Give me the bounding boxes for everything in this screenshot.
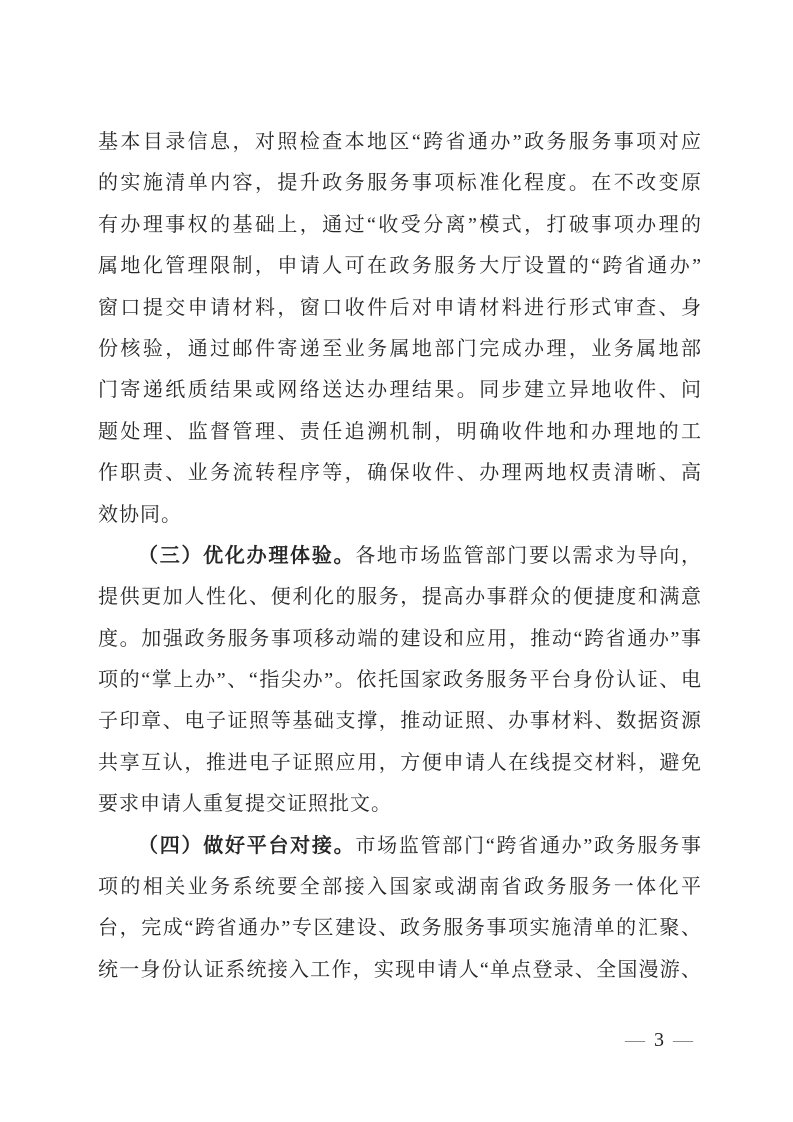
- section-heading: （四）做好平台对接。: [138, 835, 355, 857]
- text-line: 台，完成“跨省通办”专区建设、政务服务事项实施清单的汇聚、: [98, 908, 702, 949]
- line-text: 份核验，通过邮件寄递至业务属地部门完成办理，业务属地部: [98, 338, 702, 360]
- line-text: 的实施清单内容，提升政务服务事项标准化程度。在不改变原: [98, 172, 702, 194]
- document-body: 基本目录信息，对照检查本地区“跨省通办”政务服务事项对应 的实施清单内容，提升政…: [98, 122, 702, 991]
- text-line: 项的“掌上办”、“指尖办”。依托国家政务服务平台身份认证、电: [98, 660, 702, 701]
- section-heading: （三）优化办理体验。: [138, 545, 355, 567]
- line-text: 门寄递纸质结果或网络送达办理结果。同步建立异地收件、问: [98, 379, 702, 401]
- text-line: 基本目录信息，对照检查本地区“跨省通办”政务服务事项对应: [98, 122, 702, 163]
- line-text: 要求申请人重复提交证照批文。: [98, 793, 392, 815]
- text-line: （四）做好平台对接。市场监管部门“跨省通办”政务服务事: [98, 826, 702, 867]
- text-line: 门寄递纸质结果或网络送达办理结果。同步建立异地收件、问: [98, 370, 702, 411]
- text-line: 统一身份认证系统接入工作，实现申请人“单点登录、全国漫游、: [98, 950, 702, 991]
- line-text: 统一身份认证系统接入工作，实现申请人“单点登录、全国漫游、: [98, 959, 702, 981]
- footer-dash: —: [616, 1029, 654, 1051]
- line-text: 基本目录信息，对照检查本地区“跨省通办”政务服务事项对应: [98, 131, 702, 153]
- text-line: 有办理事权的基础上，通过“收受分离”模式，打破事项办理的: [98, 205, 702, 246]
- text-line: 子印章、电子证照等基础支撑，推动证照、办事材料、数据资源: [98, 701, 702, 742]
- document-page: 基本目录信息，对照检查本地区“跨省通办”政务服务事项对应 的实施清单内容，提升政…: [0, 0, 793, 1122]
- text-line: 提供更加人性化、便利化的服务，提高办事群众的便捷度和满意: [98, 577, 702, 618]
- page-number: 3: [654, 1029, 664, 1051]
- text-line: 度。加强政务服务事项移动端的建设和应用，推动“跨省通办”事: [98, 619, 702, 660]
- line-text: 效协同。: [98, 504, 182, 526]
- line-text: 度。加强政务服务事项移动端的建设和应用，推动“跨省通办”事: [98, 628, 702, 650]
- text-line: 要求申请人重复提交证照批文。: [98, 784, 702, 825]
- line-text: 市场监管部门“跨省通办”政务服务事: [355, 835, 702, 857]
- line-text: 窗口提交申请材料，窗口收件后对申请材料进行形式审查、身: [98, 297, 702, 319]
- line-text: 属地化管理限制，申请人可在政务服务大厅设置的“跨省通办”: [98, 255, 702, 277]
- line-text: 项的“掌上办”、“指尖办”。依托国家政务服务平台身份认证、电: [98, 669, 702, 691]
- line-text: 子印章、电子证照等基础支撑，推动证照、办事材料、数据资源: [98, 710, 702, 732]
- line-text: 提供更加人性化、便利化的服务，提高办事群众的便捷度和满意: [98, 586, 702, 608]
- line-text: 共享互认，推进电子证照应用，方便申请人在线提交材料，避免: [98, 752, 702, 774]
- footer-dash: —: [664, 1029, 702, 1051]
- line-text: 题处理、监督管理、责任追溯机制，明确收件地和办理地的工: [98, 421, 702, 443]
- line-text: 台，完成“跨省通办”专区建设、政务服务事项实施清单的汇聚、: [98, 917, 702, 939]
- text-line: 作职责、业务流转程序等，确保收件、办理两地权责清晰、高: [98, 453, 702, 494]
- line-text: 有办理事权的基础上，通过“收受分离”模式，打破事项办理的: [98, 214, 702, 236]
- text-line: （三）优化办理体验。各地市场监管部门要以需求为导向，: [98, 536, 702, 577]
- text-line: 属地化管理限制，申请人可在政务服务大厅设置的“跨省通办”: [98, 246, 702, 287]
- text-line: 共享互认，推进电子证照应用，方便申请人在线提交材料，避免: [98, 743, 702, 784]
- text-line: 效协同。: [98, 495, 702, 536]
- page-footer: —3—: [98, 1029, 702, 1052]
- text-line: 份核验，通过邮件寄递至业务属地部门完成办理，业务属地部: [98, 329, 702, 370]
- line-text: 作职责、业务流转程序等，确保收件、办理两地权责清晰、高: [98, 462, 702, 484]
- text-line: 窗口提交申请材料，窗口收件后对申请材料进行形式审查、身: [98, 288, 702, 329]
- text-line: 项的相关业务系统要全部接入国家或湖南省政务服务一体化平: [98, 867, 702, 908]
- text-line: 题处理、监督管理、责任追溯机制，明确收件地和办理地的工: [98, 412, 702, 453]
- text-line: 的实施清单内容，提升政务服务事项标准化程度。在不改变原: [98, 163, 702, 204]
- line-text: 各地市场监管部门要以需求为导向，: [355, 545, 702, 567]
- line-text: 项的相关业务系统要全部接入国家或湖南省政务服务一体化平: [98, 876, 702, 898]
